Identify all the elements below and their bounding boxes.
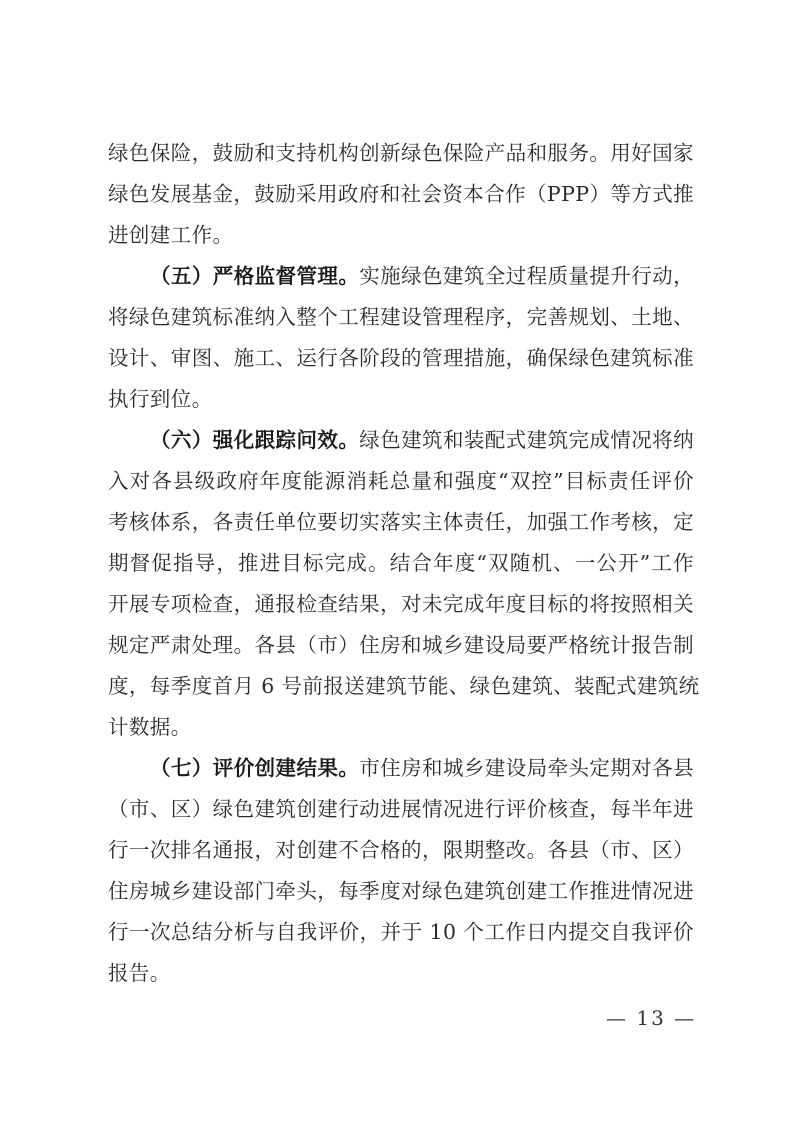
text-line: 绿色发展基金，鼓励采用政府和社会资本合作（PPP）等方式推 — [108, 174, 694, 215]
section-text: 实施绿色建筑全过程质量提升行动， — [359, 264, 694, 288]
page-number: — 13 — — [606, 1006, 696, 1030]
text-line: 规定严肃处理。各县（市）住房和城乡建设局要严格统计报告制 — [108, 625, 694, 666]
paragraph-section-6: （六）强化跟踪问效。绿色建筑和装配式建筑完成情况将纳 入对各县级政府年度能源消耗… — [108, 420, 694, 748]
text-line: 住房城乡建设部门牵头，每季度对绿色建筑创建工作推进情况进 — [108, 871, 694, 912]
text-line: （六）强化跟踪问效。绿色建筑和装配式建筑完成情况将纳 — [108, 420, 694, 461]
document-body: 绿色保险，鼓励和支持机构创新绿色保险产品和服务。用好国家 绿色发展基金，鼓励采用… — [108, 133, 694, 994]
text-line: 行一次排名通报，对创建不合格的，限期整改。各县（市、区） — [108, 830, 694, 871]
text-line: （市、区）绿色建筑创建行动进展情况进行评价核查，每半年进 — [108, 789, 694, 830]
section-text: 市住房和城乡建设局牵头定期对各县 — [359, 756, 694, 780]
section-heading: （六）强化跟踪问效。 — [150, 428, 359, 452]
paragraph-section-7: （七）评价创建结果。市住房和城乡建设局牵头定期对各县 （市、区）绿色建筑创建行动… — [108, 748, 694, 994]
text-line: 执行到位。 — [108, 379, 694, 420]
text-line: 期督促指导，推进目标完成。结合年度“双随机、一公开”工作 — [108, 543, 694, 584]
text-line: 入对各县级政府年度能源消耗总量和强度“双控”目标责任评价 — [108, 461, 694, 502]
text-line: （七）评价创建结果。市住房和城乡建设局牵头定期对各县 — [108, 748, 694, 789]
text-line: 开展专项检查，通报检查结果，对未完成年度目标的将按照相关 — [108, 584, 694, 625]
text-line: 进创建工作。 — [108, 215, 694, 256]
text-line: 绿色保险，鼓励和支持机构创新绿色保险产品和服务。用好国家 — [108, 133, 694, 174]
section-text: 绿色建筑和装配式建筑完成情况将纳 — [359, 428, 694, 452]
paragraph-continued: 绿色保险，鼓励和支持机构创新绿色保险产品和服务。用好国家 绿色发展基金，鼓励采用… — [108, 133, 694, 256]
section-heading: （七）评价创建结果。 — [150, 756, 359, 780]
paragraph-section-5: （五）严格监督管理。实施绿色建筑全过程质量提升行动， 将绿色建筑标准纳入整个工程… — [108, 256, 694, 420]
text-line: 将绿色建筑标准纳入整个工程建设管理程序，完善规划、土地、 — [108, 297, 694, 338]
text-line: 度，每季度首月 6 号前报送建筑节能、绿色建筑、装配式建筑统 — [108, 666, 694, 707]
text-line: （五）严格监督管理。实施绿色建筑全过程质量提升行动， — [108, 256, 694, 297]
text-line: 行一次总结分析与自我评价，并于 10 个工作日内提交自我评价 — [108, 912, 694, 953]
text-line: 设计、审图、施工、运行各阶段的管理措施，确保绿色建筑标准 — [108, 338, 694, 379]
text-line: 计数据。 — [108, 707, 694, 748]
text-line: 报告。 — [108, 953, 694, 994]
section-heading: （五）严格监督管理。 — [150, 264, 359, 288]
text-line: 考核体系，各责任单位要切实落实主体责任，加强工作考核，定 — [108, 502, 694, 543]
